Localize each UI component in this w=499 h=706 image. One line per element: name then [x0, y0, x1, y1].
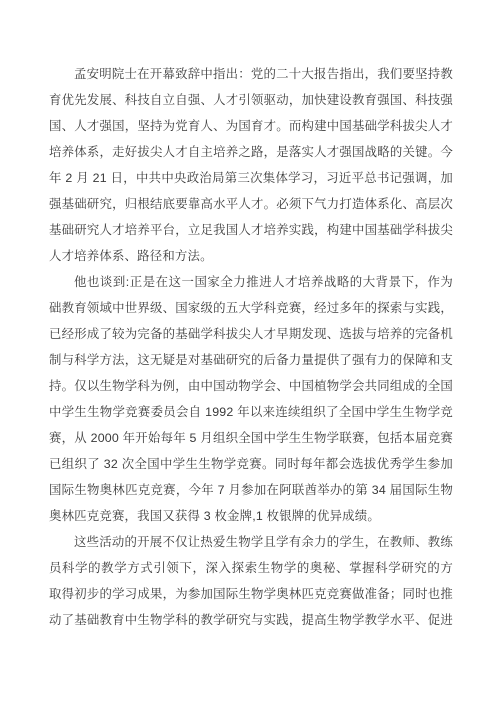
text-line: 年 2 月 21 日，中共中央政治局第三次集体学习，习近平总书记强调，加 — [49, 165, 453, 191]
text-line: 中学生生物学竞赛委员会自 1992 年以来连续组织了全国中学生生物学竞 — [49, 399, 453, 425]
text-line: 制与科学方法，这无疑是对基础研究的后备力量提供了强有力的保障和支 — [49, 347, 453, 373]
text-line: 已组织了 32 次全国中学生生物学竞赛。同时每年都会选拔优秀学生参加 — [49, 451, 453, 477]
text-line: 育优先发展、科技自立自强、人才引领驱动，加快建设教育强国、科技强 — [49, 87, 453, 113]
document-text: 孟安明院士在开幕致辞中指出：党的二十大报告指出，我们要坚持教 育优先发展、科技自… — [49, 61, 453, 633]
text-line: 已经形成了较为完备的基础学科拔尖人才早期发现、选拔与培养的完备机 — [49, 321, 453, 347]
paragraph-1: 孟安明院士在开幕致辞中指出：党的二十大报告指出，我们要坚持教 育优先发展、科技自… — [49, 61, 453, 269]
text-line: 国、人才强国，坚持为党育人、为国育才。而构建中国基础学科拔尖人才 — [49, 113, 453, 139]
text-line: 础教育领域中世界级、国家级的五大学科竞赛，经过多年的探索与实践， — [49, 295, 453, 321]
text-line: 他也谈到:正是在这一国家全力推进人才培养战略的大背景下，作为基 — [49, 269, 453, 295]
text-line: 持。仅以生物学科为例，由中国动物学会、中国植物学会共同组成的全国 — [49, 373, 453, 399]
text-line: 人才培养体系、路径和方法。 — [49, 243, 453, 269]
document-page: 孟安明院士在开幕致辞中指出：党的二十大报告指出，我们要坚持教 育优先发展、科技自… — [0, 0, 499, 706]
text-line: 奥林匹克竞赛，我国又获得 3 枚金牌,1 枚银牌的优异成绩。 — [49, 503, 453, 529]
text-line: 员科学的教学方式引领下，深入探索生物学的奥秘、掌握科学研究的方法， — [49, 555, 453, 581]
text-line: 基础研究人才培养平台，立足我国人才培养实践，构建中国基础学科拔尖 — [49, 217, 453, 243]
text-line: 培养体系，走好拔尖人才自主培养之路，是落实人才强国战略的关键。今 — [49, 139, 453, 165]
text-line: 赛，从 2000 年开始每年 5 月组织全国中学生生物学联赛，包括本届竞赛 — [49, 425, 453, 451]
text-line: 这些活动的开展不仅让热爱生物学且学有余力的学生，在教师、教练 — [49, 529, 453, 555]
paragraph-3: 这些活动的开展不仅让热爱生物学且学有余力的学生，在教师、教练 员科学的教学方式引… — [49, 529, 453, 633]
text-line: 强基础研究，归根结底要靠高水平人才。必须下气力打造体系化、高层次 — [49, 191, 453, 217]
text-line: 孟安明院士在开幕致辞中指出：党的二十大报告指出，我们要坚持教 — [49, 61, 453, 87]
text-line: 动了基础教育中生物学科的教学研究与实践，提高生物学教学水平、促进 — [49, 607, 453, 633]
text-line: 取得初步的学习成果，为参加国际生物学奥林匹克竞赛做准备；同时也推 — [49, 581, 453, 607]
text-line: 国际生物奥林匹克竞赛，今年 7 月参加在阿联酋举办的第 34 届国际生物 — [49, 477, 453, 503]
paragraph-2: 他也谈到:正是在这一国家全力推进人才培养战略的大背景下，作为基 础教育领域中世界… — [49, 269, 453, 529]
